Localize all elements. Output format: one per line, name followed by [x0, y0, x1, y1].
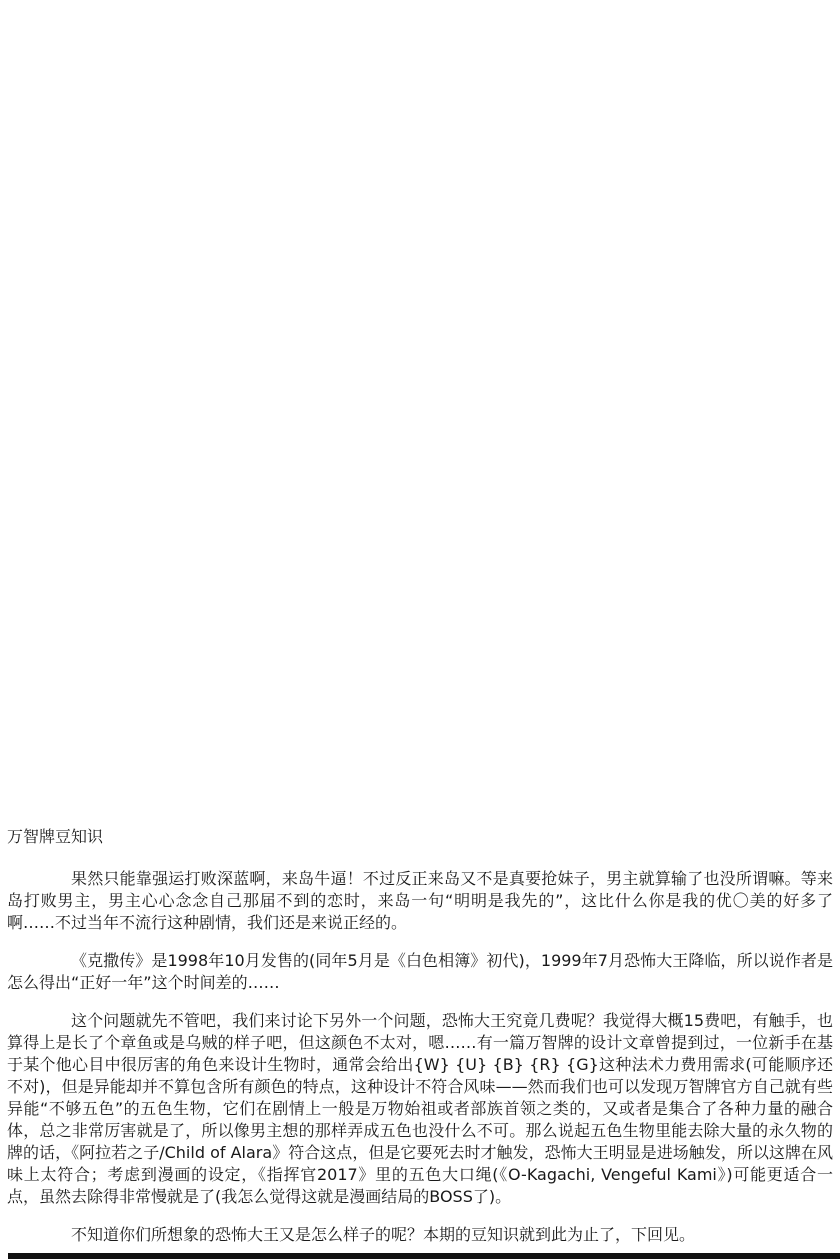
section-title: 万智牌豆知识 [7, 826, 833, 848]
paragraph-3: 这个问题就先不管吧，我们来讨论下另外一个问题，恐怖大王究竟几费呢？我觉得大概15… [7, 1010, 833, 1208]
paragraph-1: 果然只能靠强运打败深蓝啊，来岛牛逼！不过反正来岛又不是真要抢妹子，男主就算输了也… [7, 868, 833, 934]
paragraph-4: 不知道你们所想象的恐怖大王又是怎么样子的呢？本期的豆知识就到此为止了，下回见。 [7, 1224, 833, 1246]
paragraph-2: 《克撒传》是1998年10月发售的(同年5月是《白色相簿》初代)，1999年7月… [7, 950, 833, 994]
comic-trivia-page: 万智牌豆知识 果然只能靠强运打败深蓝啊，来岛牛逼！不过反正来岛又不是真要抢妹子，… [0, 0, 840, 1260]
next-panel-top-border [8, 1253, 840, 1259]
trivia-text-block: 万智牌豆知识 果然只能靠强运打败深蓝啊，来岛牛逼！不过反正来岛又不是真要抢妹子，… [7, 826, 833, 1246]
